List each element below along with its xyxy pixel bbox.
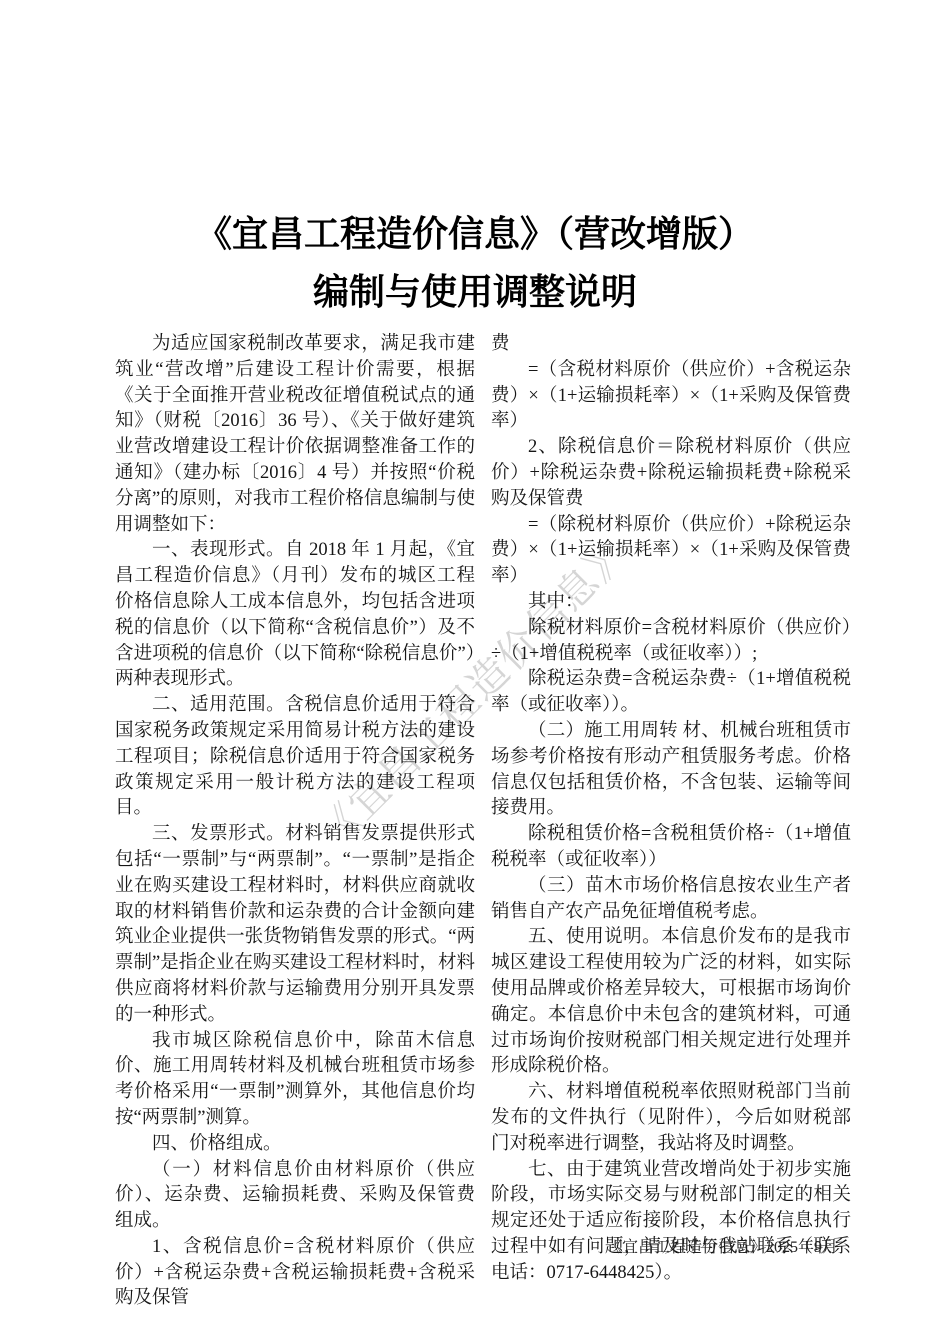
paragraph: 除税租赁价格=含税租赁价格÷（1+增值税税率（或征收率）） xyxy=(491,822,851,874)
paragraph: （三）苗木市场价格信息按农业生产者销售自产农产品免征增值税考虑。 xyxy=(491,874,851,926)
paragraph: 四、价格组成。 xyxy=(115,1132,475,1158)
paragraph: （二）施工用周转 材、机械台班租赁市场参考价格按有形动产租赁服务考虑。价格信息仅… xyxy=(491,719,851,822)
paragraph: 为适应国家税制改革要求，满足我市建筑业“营改增”后建设工程计价需要，根据《关于全… xyxy=(115,332,475,538)
paragraph: =（除税材料原价（供应价）+除税运杂费）×（1+运输损耗率）×（1+采购及保管费… xyxy=(491,513,851,590)
paragraph: 三、发票形式。材料销售发票提供形式包括“一票制”与“两票制”。“一票制”是指企业… xyxy=(115,822,475,1028)
page-title: 《宜昌工程造价信息》（营改增版） 编制与使用调整说明 xyxy=(0,205,950,321)
paragraph: 1、含税信息价=含税材料原价（供应价）+含税运杂费+含税运输损耗费+含税采购及保… xyxy=(115,1235,475,1312)
paragraph-continuation: 费 xyxy=(491,332,851,358)
body-left-column: 为适应国家税制改革要求，满足我市建筑业“营改增”后建设工程计价需要，根据《关于全… xyxy=(115,332,475,1312)
paragraph: 除税运杂费=含税运杂费÷（1+增值税税率（或征收率））。 xyxy=(491,667,851,719)
paragraph: 七、由于建筑业营改增尚处于初步实施阶段，市场实际交易与财税部门制定的相关规定还处… xyxy=(491,1158,851,1287)
paragraph: 其中： xyxy=(491,590,851,616)
paragraph: （一）材料信息价由材料原价（供应价）、运杂费、运输损耗费、采购及保管费组成。 xyxy=(115,1158,475,1235)
paragraph: 2、除税信息价＝除税材料原价（供应价）+除税运杂费+除税运输损耗费+除税采购及保… xyxy=(491,435,851,512)
paragraph: 五、使用说明。本信息价发布的是我市城区建设工程使用较为广泛的材料，如实际使用品牌… xyxy=(491,925,851,1080)
paragraph: =（含税材料原价（供应价）+含税运杂费）×（1+运输损耗率）×（1+采购及保管费… xyxy=(491,358,851,435)
page-title-line1: 《宜昌工程造价信息》（营改增版） xyxy=(0,205,950,263)
body-columns: 为适应国家税制改革要求，满足我市建筑业“营改增”后建设工程计价需要，根据《关于全… xyxy=(115,332,851,1312)
paragraph: 二、适用范围。含税信息价适用于符合国家税务政策规定采用简易计税方法的建设工程项目… xyxy=(115,693,475,822)
page-title-line2: 编制与使用调整说明 xyxy=(0,263,950,321)
paragraph: 一、表现形式。自 2018 年 1 月起，《宜昌工程造价信息》（月刊）发布的城区… xyxy=(115,538,475,693)
paragraph: 我市城区除税信息价中，除苗木信息价、施工用周转材料及机械台班租赁市场参考价格采用… xyxy=(115,1029,475,1132)
paragraph: 六、材料增值税税率依照财税部门当前发布的文件执行（见附件），今后如财税部门对税率… xyxy=(491,1080,851,1157)
document-page: 《宜昌工程造价信息》 《宜昌工程造价信息》（营改增版） 编制与使用调整说明 为适… xyxy=(0,0,950,1344)
body-right-column: 费 =（含税材料原价（供应价）+含税运杂费）×（1+运输损耗率）×（1+采购及保… xyxy=(491,332,851,1312)
footer-text: 《宜昌工程造价信息》2025年9月 xyxy=(606,1234,838,1257)
paragraph: 除税材料原价=含税材料原价（供应价）÷（1+增值税税率（或征收率））; xyxy=(491,616,851,668)
